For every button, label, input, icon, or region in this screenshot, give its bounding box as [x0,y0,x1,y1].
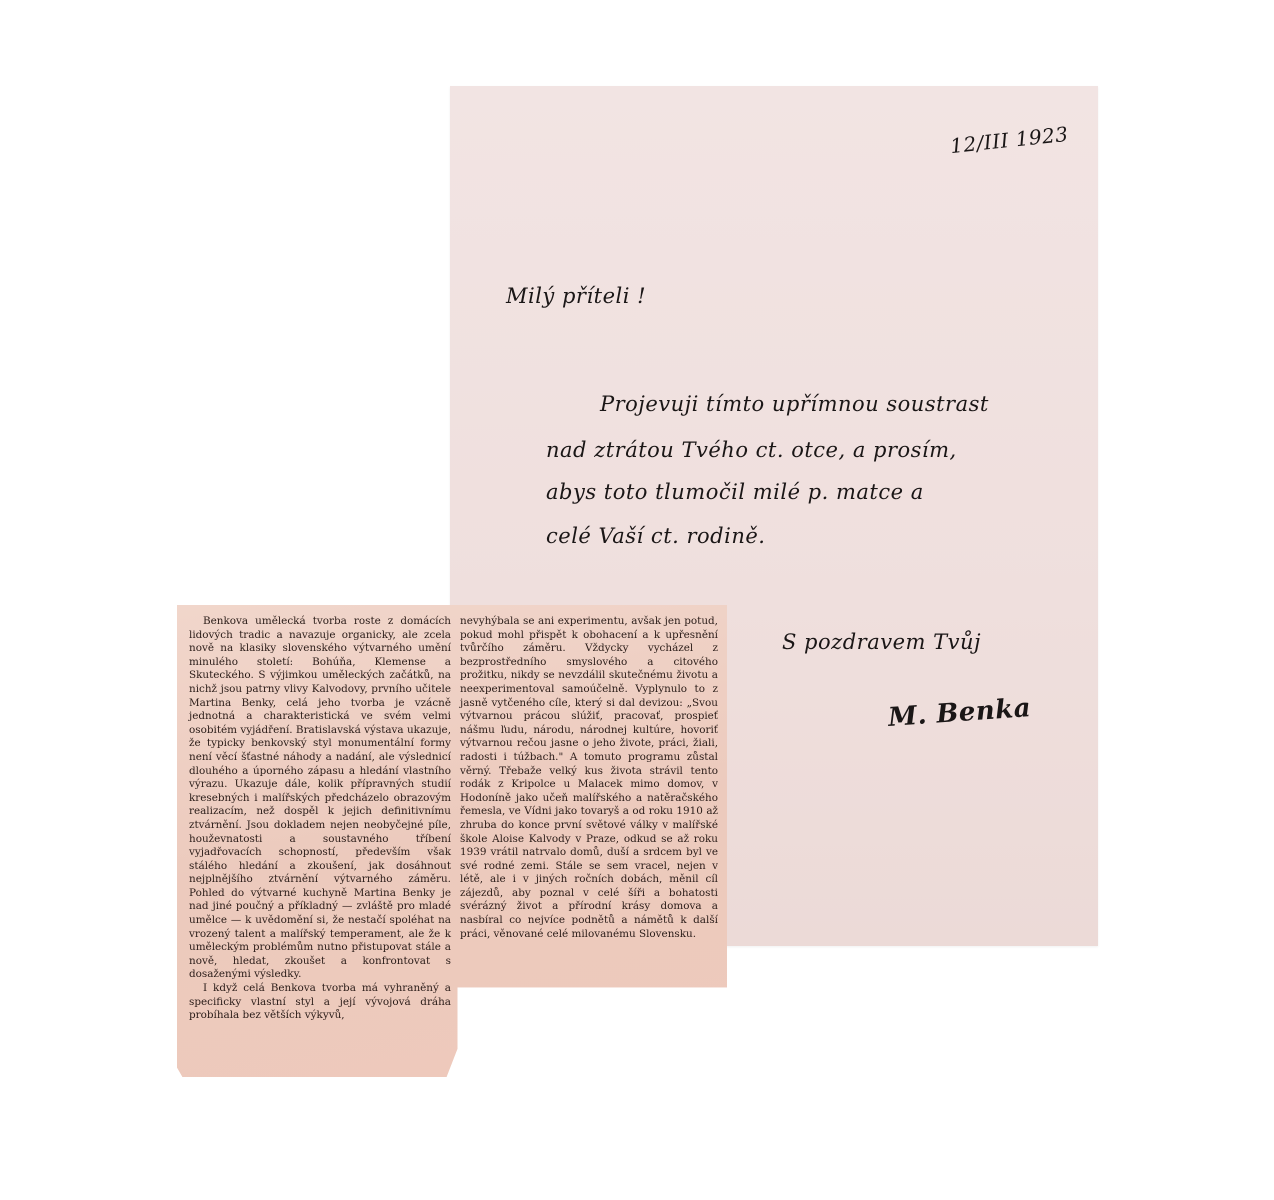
letter-salutation: Milý příteli ! [506,284,646,308]
clipping-paragraph: nevyhýbala se ani experimentu, avšak jen… [460,615,718,941]
newspaper-clipping: Benkova umělecká tvorba roste z domácích… [177,605,727,1077]
letter-body-line: celé Vaší ct. rodině. [546,524,765,548]
clipping-left-column: Benkova umělecká tvorba roste z domácích… [189,615,451,1023]
letter-body-line: abys toto tlumočil milé p. matce a [546,480,924,504]
letter-signature: M. Benka [887,693,1032,733]
letter-body-line: Projevuji tímto upřímnou soustrast [600,392,989,416]
clipping-paragraph: Benkova umělecká tvorba roste z domácích… [189,615,451,982]
clipping-paragraph: I když celá Benkova tvorba má vyhraněný … [189,982,451,1023]
clipping-right-column: nevyhýbala se ani experimentu, avšak jen… [460,615,718,941]
letter-body-line: nad ztrátou Tvého ct. otce, a prosím, [546,438,957,462]
letter-closing: S pozdravem Tvůj [782,630,981,654]
letter-date: 12/III 1923 [949,122,1070,158]
